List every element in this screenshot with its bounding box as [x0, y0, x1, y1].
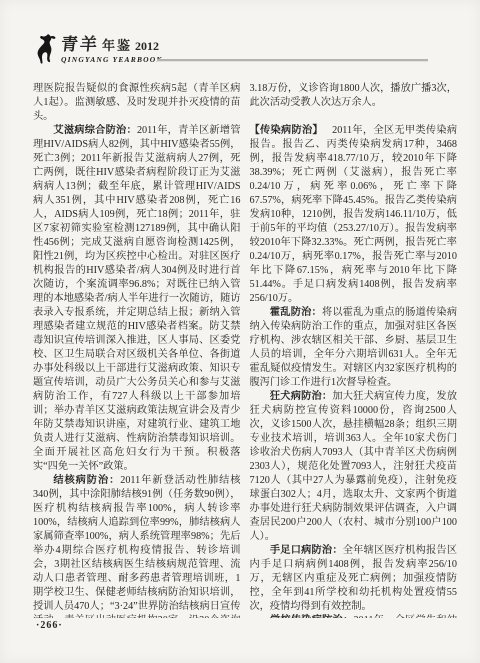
logo-brand-zh: 青羊 [60, 36, 100, 53]
paragraph-lead-heading: 结核病防治： [53, 475, 120, 486]
goat-calligraphy-icon [35, 34, 57, 71]
body-paragraph: 手足口病防治：全年辖区医疗机构报告区内手足口病病例1408例，报告发病率256/… [250, 544, 458, 614]
logo-text-block: 青羊 年鉴 2012 QINGYANG YEARBOOK [61, 36, 163, 64]
body-paragraph: 3.18万份，义诊咨询1800人次，播放广播3次，此次活动受教人次达万余人。 [250, 82, 458, 110]
text-column-left: 理医院报告疑似的食源性疾病5起（青羊区病人1起）。监测敏感、及时发现并扑灭疫情的… [33, 82, 241, 618]
page-header: 青羊 年鉴 2012 QINGYANG YEARBOOK [35, 36, 428, 68]
logo-year: 2012 [135, 40, 159, 52]
yearbook-page: 青羊 年鉴 2012 QINGYANG YEARBOOK 理医院报告疑似的食源性… [0, 0, 480, 663]
paragraph-lead-heading: 狂犬病防治： [270, 391, 332, 402]
two-column-text-area: 理医院报告疑似的食源性疾病5起（青羊区病人1起）。监测敏感、及时发现并扑灭疫情的… [33, 82, 457, 618]
body-paragraph: 艾滋病综合防治：2011年，青羊区新增管理HIV/AIDS病人82例，其中HIV… [33, 124, 241, 474]
yearbook-logo: 青羊 年鉴 2012 QINGYANG YEARBOOK [35, 36, 428, 71]
paragraph-lead-heading: 艾滋病综合防治： [53, 125, 137, 136]
logo-subtitle-en: QINGYANG YEARBOOK [61, 56, 163, 64]
paragraph-lead-heading: 霍乱防治： [270, 307, 322, 318]
paragraph-lead-heading: 学校传染病防治： [270, 615, 354, 618]
body-paragraph: 学校传染病防治：2011年，全区学生和幼托 [250, 614, 458, 618]
text-column-right: 3.18万份，义诊咨询1800人次，播放广播3次，此次活动受教人次达万余人。【传… [250, 82, 458, 618]
logo-type-zh: 年鉴 [102, 39, 132, 52]
body-paragraph: 霍乱防治：将以霍乱为重点的肠道传染病纳入传染病防治工作的重点，加强对驻区各医疗机… [250, 306, 458, 390]
body-paragraph: 理医院报告疑似的食源性疾病5起（青羊区病人1起）。监测敏感、及时发现并扑灭疫情的… [33, 82, 241, 124]
page-number: ·266· [36, 620, 63, 631]
paragraph-lead-heading: 手足口病防治： [270, 545, 343, 556]
paragraph-lead-heading: 【传染病防治】 [250, 125, 323, 136]
body-paragraph: 狂犬病防治：加大狂犬病宣传力度，发放狂犬病防控宣传资料10000份，咨询2500… [250, 390, 458, 544]
header-divider-line [157, 59, 428, 62]
entry-paragraph: 【传染病防治】2011年，全区无甲类传染病报告。报告乙、丙类传染病发病17种，3… [250, 124, 458, 306]
body-paragraph: 结核病防治：2011年新登活动性肺结核340例，其中涂阳肺结核91例（任务数90… [33, 474, 241, 618]
